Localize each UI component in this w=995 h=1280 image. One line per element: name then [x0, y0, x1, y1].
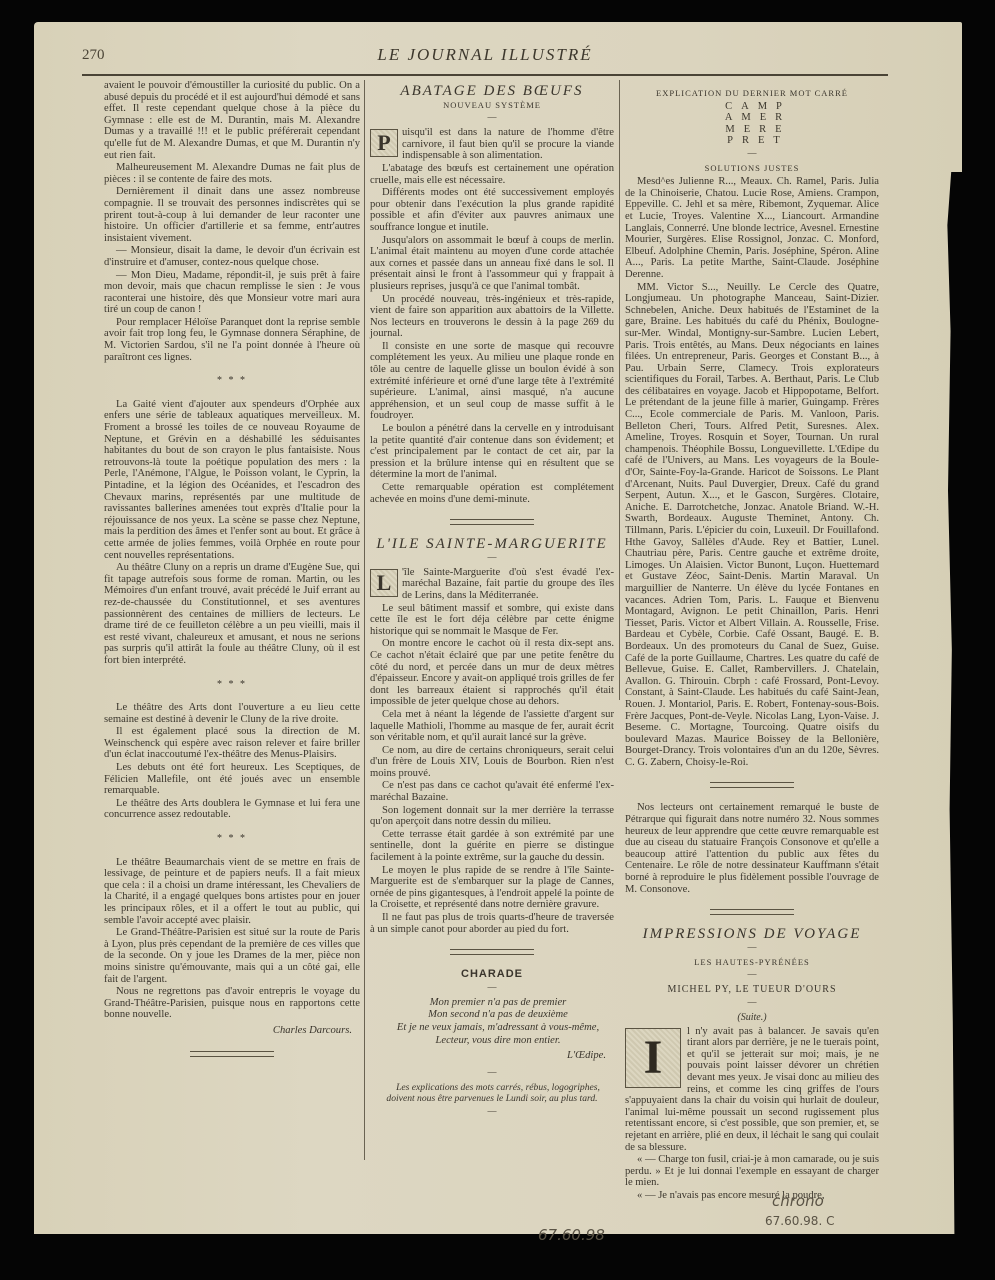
paragraph: Son logement donnait sur la mer derrière… [370, 805, 614, 828]
journal-title: LE JOURNAL ILLUSTRÉ [82, 45, 888, 65]
ornamental-initial: I [625, 1028, 681, 1088]
section-separator-stars: * * * [104, 833, 360, 845]
paragraph: Le théâtre des Arts doublera le Gymnase … [104, 798, 360, 821]
paragraph: Nous ne regrettons pas d'avoir entrepris… [104, 986, 360, 1021]
article-subtitle: LES HAUTES-PYRÉNÉES [625, 957, 879, 969]
charade-verse: Mon premier n'a pas de premier [370, 997, 614, 1009]
word-square-row: AMER [625, 113, 879, 124]
column-divider [619, 80, 620, 700]
paragraph: Au théâtre Cluny on a repris un drame d'… [104, 562, 360, 666]
paragraph: avaient le pouvoir d'émoustiller la curi… [104, 80, 360, 161]
header-rule [82, 74, 888, 76]
charade-title: CHARADE [370, 969, 614, 981]
dash-separator: — [625, 943, 879, 951]
dash-separator: — [370, 113, 614, 121]
paragraph: Il est également placé sous la direction… [104, 726, 360, 761]
charade-verse: Mon second n'a pas de deuxième [370, 1009, 614, 1021]
paragraph: Le théâtre des Arts dont l'ouverture a e… [104, 702, 360, 725]
paragraph: « — Charge ton fusil, criai-je à mon cam… [625, 1154, 879, 1189]
charade-verse: Lecteur, vous dire mon entier. [370, 1035, 614, 1047]
handwritten-chrono-number: 67.60.98. C [765, 1214, 834, 1228]
column-articles: ABATAGE DES BŒUFS NOUVEAU SYSTÈME — P ui… [370, 80, 614, 1121]
paragraph: Différents modes ont été successivement … [370, 187, 614, 233]
paragraph: La Gaité vient d'ajouter aux spendeurs d… [104, 399, 360, 561]
handwritten-chrono-label: chrono [772, 1192, 824, 1210]
dash-separator: — [370, 553, 614, 561]
paragraph: Cette remarquable opération est compléte… [370, 482, 614, 505]
paragraph: Ce nom, au dire de certains chroniqueurs… [370, 745, 614, 780]
ornamental-initial: P [370, 129, 398, 157]
section-rule [450, 519, 534, 525]
paragraph: Le moyen le plus rapide de se rendre à l… [370, 865, 614, 911]
word-square-row: CAMP [625, 102, 879, 113]
column-divider [364, 80, 365, 1160]
paragraph: Le boulon a pénétré dans la cervelle en … [370, 423, 614, 481]
dash-separator: — [625, 149, 879, 157]
paragraph: Le théâtre Beaumarchais vient de se mett… [104, 857, 360, 927]
dash-separator: — [370, 983, 614, 991]
page-header: 270 LE JOURNAL ILLUSTRÉ [82, 45, 888, 67]
ornamental-initial: L [370, 569, 398, 597]
explication-title: EXPLICATION DU DERNIER MOT CARRÉ [625, 88, 879, 100]
submission-note: Les explications des mots carrés, rébus,… [370, 1082, 614, 1105]
section-separator-stars: * * * [104, 679, 360, 691]
section-rule [450, 949, 534, 955]
word-square-row: PRET [625, 136, 879, 147]
handwritten-inventory-number: 67.60.98 [538, 1226, 605, 1244]
paragraph: — Mon Dieu, Madame, répondit-il, je suis… [104, 270, 360, 316]
dash-separator: — [370, 1107, 614, 1115]
article-title: IMPRESSIONS DE VOYAGE [625, 929, 879, 941]
charade-author: L'Œdipe. [370, 1050, 606, 1062]
chapter-title: MICHEL PY, LE TUEUR D'OURS [625, 984, 879, 996]
paragraph: Les debuts ont été fort heureux. Les Sce… [104, 762, 360, 797]
paragraph: — Monsieur, disait la dame, le devoir d'… [104, 245, 360, 268]
column-theatre-chronicle: avaient le pouvoir d'émoustiller la curi… [104, 80, 360, 1071]
torn-edge [932, 172, 964, 1234]
paragraph: On montre encore le cachot où il resta d… [370, 638, 614, 708]
author-signature: Charles Darcours. [104, 1025, 352, 1037]
paragraph: Cette terrasse était gardée à son extrém… [370, 829, 614, 864]
suite-label: (Suite.) [625, 1012, 879, 1024]
paragraph: Ce n'est pas dans ce cachot qu'avait été… [370, 780, 614, 803]
word-square-row: MERE [625, 125, 879, 136]
paragraph: « — Je n'avais pas encore mesuré la poud… [625, 1190, 879, 1202]
paragraph: Il consiste en une sorte de masque qui r… [370, 341, 614, 422]
article-subtitle: NOUVEAU SYSTÈME [370, 100, 614, 112]
article-title: ABATAGE DES BŒUFS [370, 86, 614, 98]
section-separator-stars: * * * [104, 375, 360, 387]
dash-separator: — [370, 1068, 614, 1076]
paragraph: Cela met à néant la légende de l'assiett… [370, 709, 614, 744]
end-rule [190, 1051, 274, 1057]
paragraph: Un procédé nouveau, très-ingénieux et tr… [370, 294, 614, 340]
paragraph: Pour remplacer Héloïse Paranquet dont la… [104, 317, 360, 363]
paragraph: Jusqu'alors on assommait le bœuf à coups… [370, 235, 614, 293]
paragraph: Il ne faut pas plus de trois quarts-d'he… [370, 912, 614, 935]
section-rule [710, 782, 794, 788]
paragraph: uisqu'il est dans la nature de l'homme d… [370, 127, 614, 162]
paragraph: Malheureusement M. Alexandre Dumas ne fa… [104, 162, 360, 185]
section-rule [710, 909, 794, 915]
charade-verse: Et je ne veux jamais, m'adressant à vous… [370, 1022, 614, 1034]
solutions-title: SOLUTIONS JUSTES [625, 163, 879, 175]
dash-separator: — [625, 970, 879, 978]
paragraph: Le seul bâtiment massif et sombre, qui e… [370, 603, 614, 638]
solutions-list: MM. Victor S..., Neuilly. Le Cercle des … [625, 282, 879, 769]
dash-separator: — [625, 998, 879, 1006]
column-puzzles-and-travel: EXPLICATION DU DERNIER MOT CARRÉ CAMP AM… [625, 80, 879, 1203]
paragraph: 'île Sainte-Marguerite d'où s'est évadé … [370, 567, 614, 602]
paragraph: Nos lecteurs ont certainement remarqué l… [625, 802, 879, 895]
paragraph: Le Grand-Théâtre-Parisien est situé sur … [104, 927, 360, 985]
paragraph: Dernièrement il dinait dans une assez no… [104, 186, 360, 244]
article-title: L'ILE SAINTE-MARGUERITE [370, 539, 614, 551]
solutions-list: Mesd^es Julienne R..., Meaux. Ch. Ramel,… [625, 176, 879, 280]
paragraph: L'abatage des bœufs est certainement une… [370, 163, 614, 186]
